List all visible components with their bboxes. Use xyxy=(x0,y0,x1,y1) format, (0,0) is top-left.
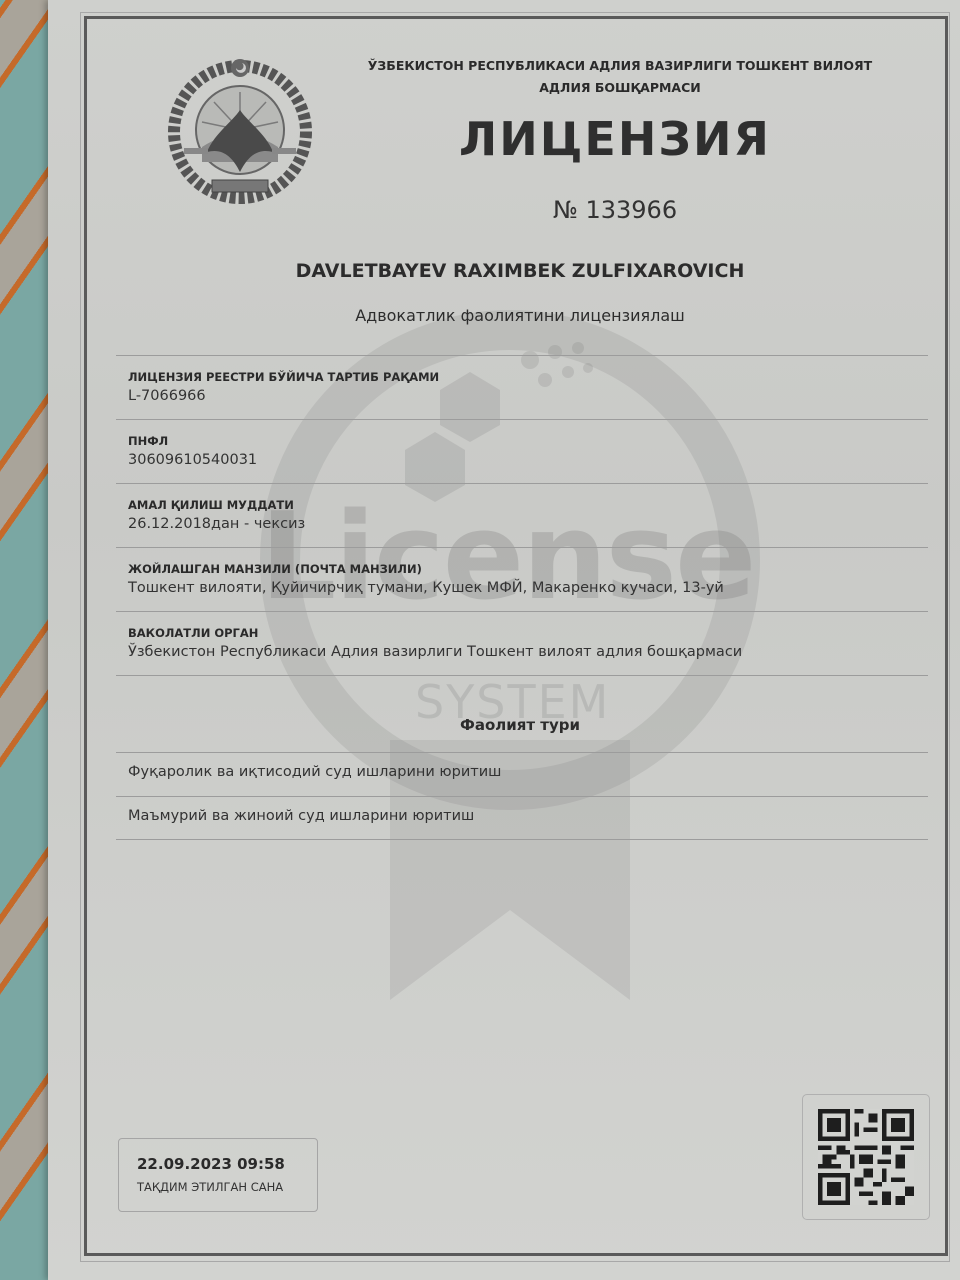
license-number: № 133966 xyxy=(460,196,770,224)
activity-types-list: Фуқаролик ва иқтисодий суд ишларини юрит… xyxy=(116,752,928,840)
license-details: ЛИЦЕНЗИЯ РЕЕСТРИ БЎЙИЧА ТАРТИБ РАҚАМИ L-… xyxy=(116,355,928,675)
qr-code-box xyxy=(802,1094,930,1220)
field-value: 26.12.2018дан - чексиз xyxy=(128,513,928,535)
field-validity-period: АМАЛ ҚИЛИШ МУДДАТИ 26.12.2018дан - чекси… xyxy=(116,483,928,547)
licensed-activity: Адвокатлик фаолиятини лицензиялаш xyxy=(180,306,860,325)
activity-type-item: Маъмурий ва жиноий суд ишларини юритиш xyxy=(116,796,928,840)
field-value: L-7066966 xyxy=(128,385,928,407)
submitted-date: 22.09.2023 09:58 xyxy=(137,1155,317,1173)
field-value: Тошкент вилояти, Қуйичирчиқ тумани, Куше… xyxy=(128,577,928,599)
field-address: ЖОЙЛАШГАН МАНЗИЛИ (ПОЧТА МАНЗИЛИ) Тошкен… xyxy=(116,547,928,611)
field-authorized-body: ВАКОЛАТЛИ ОРГАН Ўзбекистон Республикаси … xyxy=(116,611,928,675)
activity-type-item: Фуқаролик ва иқтисодий суд ишларини юрит… xyxy=(116,752,928,796)
document-title: ЛИЦЕНЗИЯ xyxy=(400,112,830,166)
submitted-date-box: 22.09.2023 09:58 ТАҚДИМ ЭТИЛГАН САНА xyxy=(118,1138,318,1212)
divider xyxy=(116,675,928,676)
license-holder-name: DAVLETBAYEV RAXIMBEK ZULFIXAROVICH xyxy=(180,260,860,282)
field-registry-number: ЛИЦЕНЗИЯ РЕЕСТРИ БЎЙИЧА ТАРТИБ РАҚАМИ L-… xyxy=(116,355,928,419)
activity-types-title: Фаолият тури xyxy=(380,716,660,734)
field-value: Ўзбекистон Республикаси Адлия вазирлиги … xyxy=(128,641,928,663)
issuing-organization: ЎЗБЕКИСТОН РЕСПУБЛИКАСИ АДЛИЯ ВАЗИРЛИГИ … xyxy=(340,55,900,99)
field-label: ЖОЙЛАШГАН МАНЗИЛИ (ПОЧТА МАНЗИЛИ) xyxy=(128,561,928,577)
field-label: АМАЛ ҚИЛИШ МУДДАТИ xyxy=(128,497,928,513)
field-label: ПНФЛ xyxy=(128,433,928,449)
field-label: ВАКОЛАТЛИ ОРГАН xyxy=(128,625,928,641)
field-label: ЛИЦЕНЗИЯ РЕЕСТРИ БЎЙИЧА ТАРТИБ РАҚАМИ xyxy=(128,369,928,385)
state-emblem-icon xyxy=(162,52,318,208)
qr-code-icon xyxy=(818,1109,914,1205)
field-pinfl: ПНФЛ 30609610540031 xyxy=(116,419,928,483)
field-value: 30609610540031 xyxy=(128,449,928,471)
submitted-date-label: ТАҚДИМ ЭТИЛГАН САНА xyxy=(137,1180,317,1194)
